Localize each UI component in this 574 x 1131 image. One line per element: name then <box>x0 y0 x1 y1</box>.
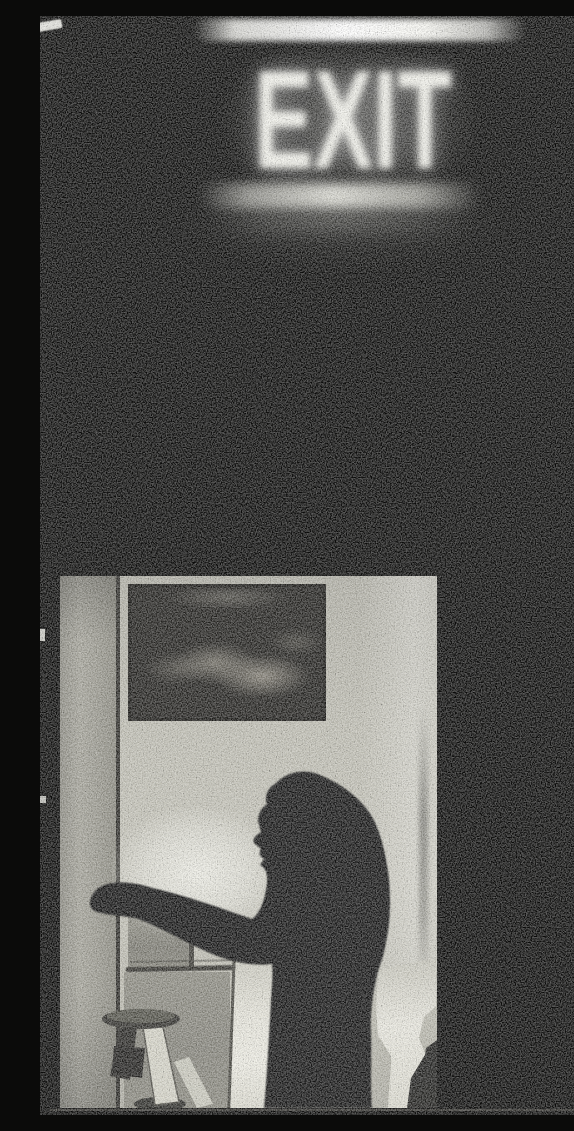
scratch-mark-left-1 <box>40 629 45 641</box>
doorway <box>60 576 437 1108</box>
photograph: EXIT EXIT <box>40 16 574 1115</box>
wall-corner-shadow <box>419 706 428 986</box>
lower-wall <box>124 972 230 1108</box>
scratch-mark-left-2 <box>40 796 46 803</box>
bright-panel <box>227 957 282 1108</box>
framed-painting <box>128 584 326 721</box>
painting-canvas <box>131 587 323 718</box>
wall-light-glow <box>112 808 282 938</box>
exit-sign-text: EXIT <box>254 41 452 198</box>
photo-bottom-edge-line <box>50 1109 574 1111</box>
corridor-haze <box>160 212 520 276</box>
door-edge-strip <box>60 576 120 1108</box>
